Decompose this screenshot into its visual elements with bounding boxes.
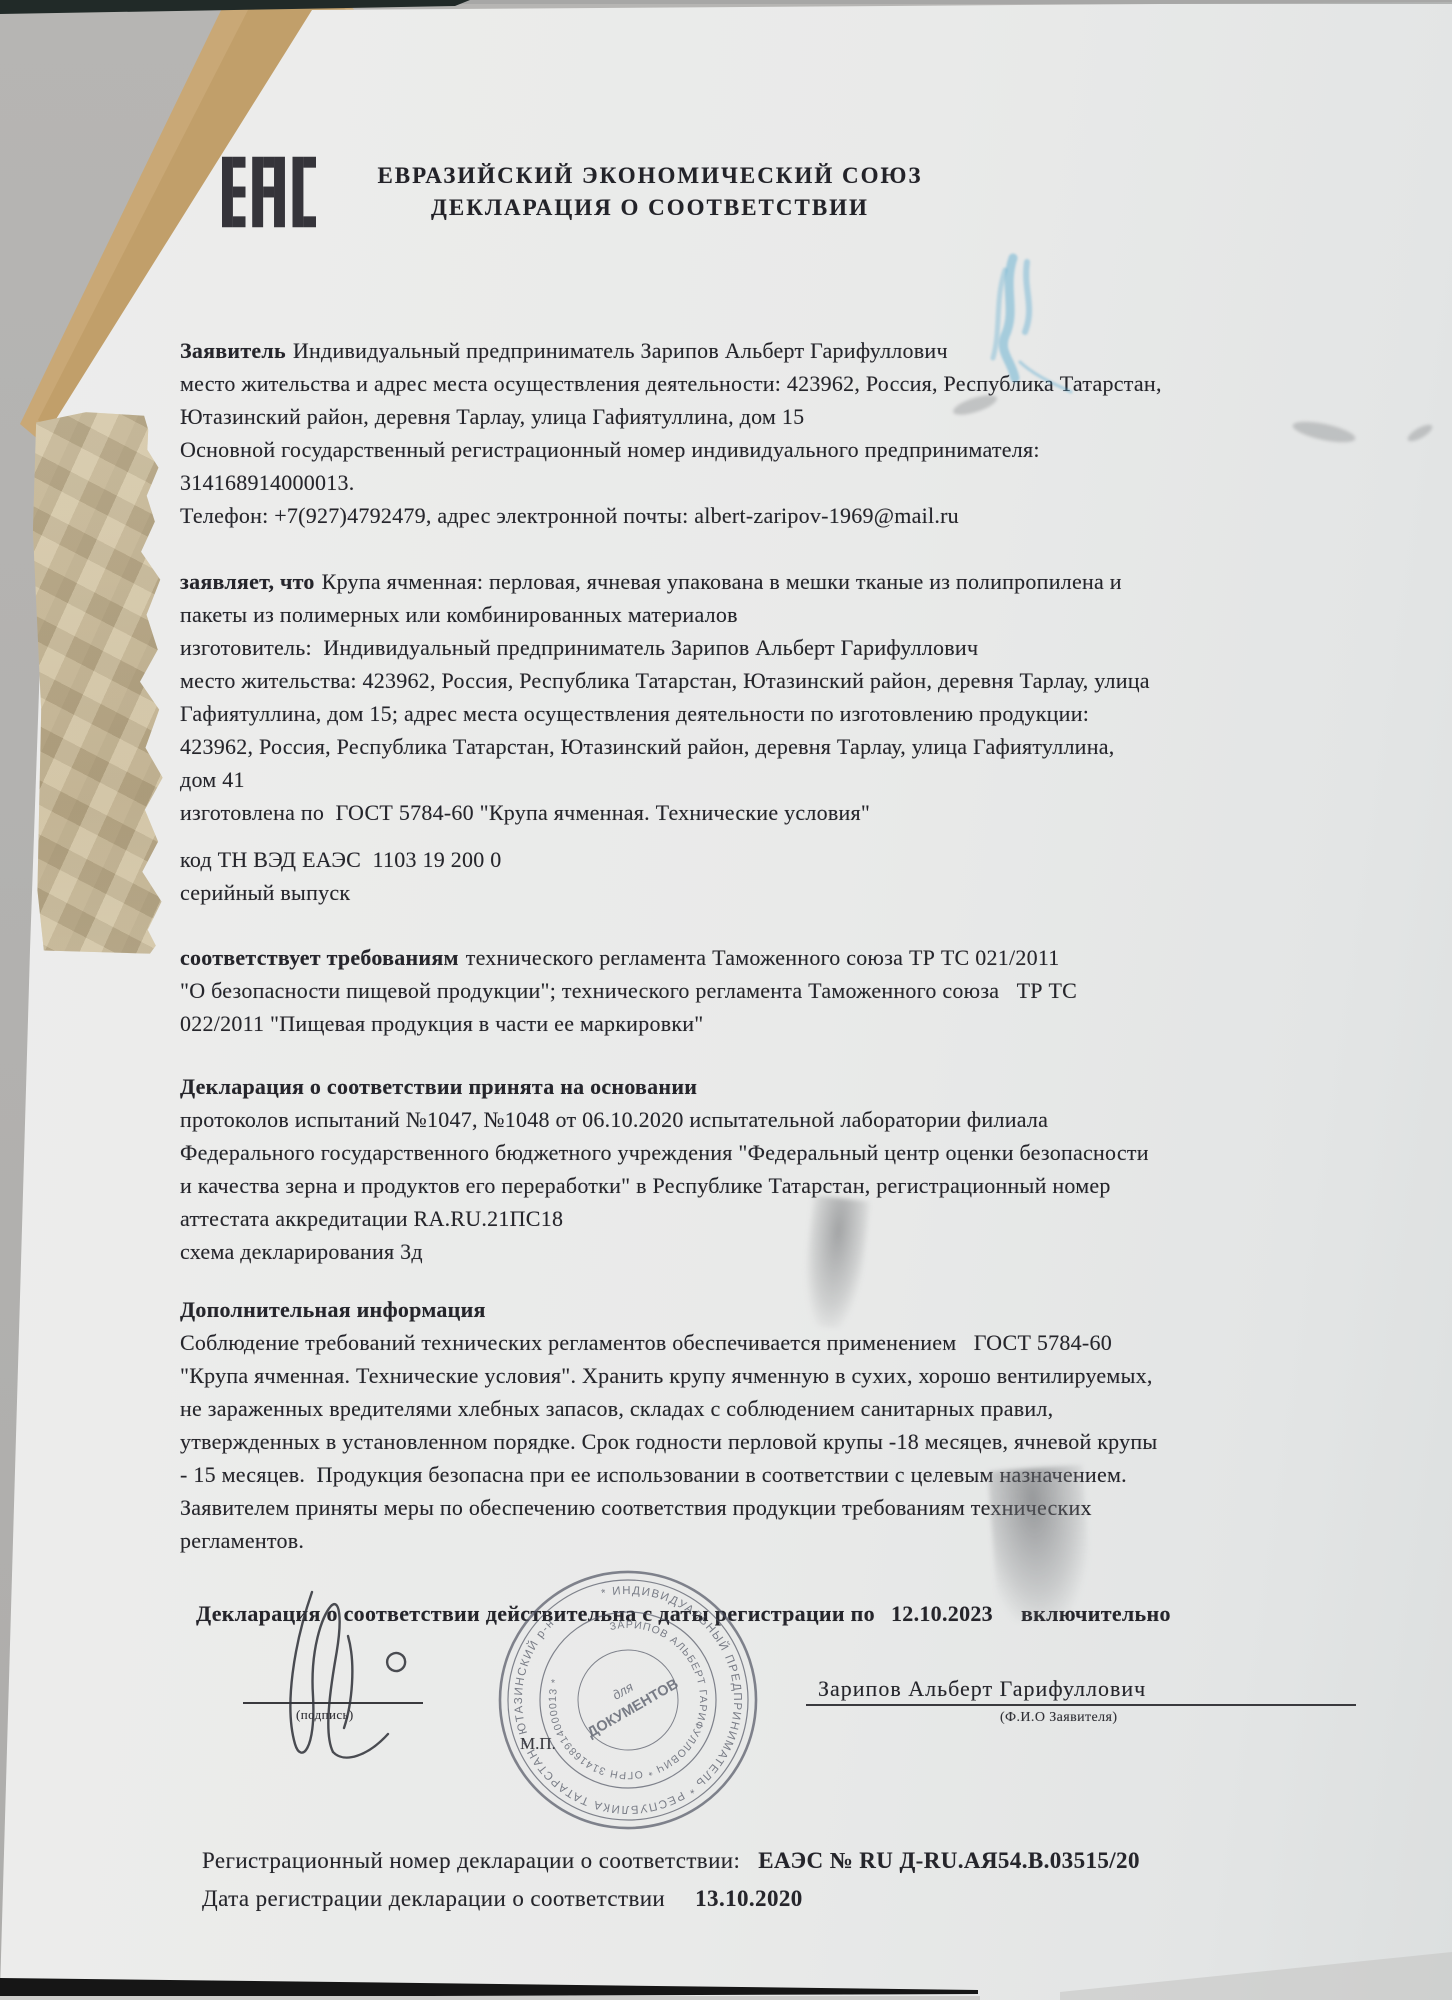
text-line: Федерального государственного бюджетного…	[180, 1136, 1149, 1169]
paragraph-compliance: соответствует требованиямтехнического ре…	[180, 941, 1077, 1040]
applicant-name-line: Индивидуальный предприниматель Зарипов А…	[293, 338, 948, 363]
tnved-code: код ТН ВЭД ЕАЭС 1103 19 200 0	[180, 843, 501, 876]
svg-text:ЗАРИПОВ АЛЬБЕРТ ГАРИФУЛЛОВИЧ *: ЗАРИПОВ АЛЬБЕРТ ГАРИФУЛЛОВИЧ * ОГРН 3141…	[530, 1602, 726, 1799]
compliance-line: технического регламента Таможенного союз…	[466, 945, 1060, 970]
product-line: Крупа ячменная: перловая, ячневая упаков…	[322, 569, 1122, 594]
text-line: Телефон: +7(927)4792479, адрес электронн…	[180, 499, 1162, 532]
text-line: схема декларирования 3д	[180, 1235, 1149, 1268]
additional-label: Дополнительная информация	[180, 1293, 1157, 1326]
text-line: дом 41	[180, 763, 1150, 796]
paragraph-code: код ТН ВЭД ЕАЭС 1103 19 200 0 серийный в…	[180, 843, 501, 909]
eac-logo	[222, 150, 316, 234]
basis-label: Декларация о соответствии принята на осн…	[180, 1070, 1149, 1103]
additional-heading: Дополнительная информация	[180, 1297, 486, 1322]
handwritten-signature	[240, 1578, 440, 1778]
compliance-label: соответствует требованиям	[180, 945, 459, 970]
registration-date-label: Дата регистрации декларации о соответств…	[202, 1886, 665, 1911]
registration-number-value: ЕАЭС № RU Д-RU.АЯ54.В.03515/20	[758, 1848, 1140, 1873]
text-line: 022/2011 "Пищевая продукция в части ее м…	[180, 1007, 1077, 1040]
paragraph-product: заявляет, чтоКрупа ячменная: перловая, я…	[180, 565, 1150, 829]
name-caption: (Ф.И.О Заявителя)	[1000, 1710, 1117, 1726]
declares-label: заявляет, что	[180, 569, 315, 594]
text-line: соответствует требованиямтехнического ре…	[180, 941, 1077, 974]
text-line: не зараженных вредителями хлебных запасо…	[180, 1392, 1157, 1425]
registration-date-value: 13.10.2020	[695, 1886, 803, 1911]
applicant-label: Заявитель	[180, 338, 286, 363]
text-line: "Крупа ячменная. Технические условия". Х…	[180, 1359, 1157, 1392]
applicant-full-name: Зарипов Альберт Гарифуллович	[818, 1676, 1146, 1702]
svg-text:* ИНДИВИДУАЛЬНЫЙ ПРЕДПРИНИМАТЕ: * ИНДИВИДУАЛЬНЫЙ ПРЕДПРИНИМАТЕЛЬ * РЕСПУ…	[489, 1561, 768, 1840]
scanned-document: ЕВРАЗИЙСКИЙ ЭКОНОМИЧЕСКИЙ СОЮЗ ДЕКЛАРАЦИ…	[0, 0, 1452, 2000]
text-line: изготовлена по ГОСТ 5784-60 "Крупа ячмен…	[180, 796, 1150, 829]
title-declaration: ДЕКЛАРАЦИЯ О СООТВЕТСТВИИ	[320, 192, 980, 224]
text-line: 423962, Россия, Республика Татарстан, Ют…	[180, 730, 1150, 763]
paragraph-basis: Декларация о соответствии принята на осн…	[180, 1070, 1149, 1268]
text-line: заявляет, чтоКрупа ячменная: перловая, я…	[180, 565, 1150, 598]
stamp-inner-text: ЗАРИПОВ АЛЬБЕРТ ГАРИФУЛЛОВИЧ * ОГРН 3141…	[530, 1602, 726, 1799]
text-line: изготовитель: Индивидуальный предпринима…	[180, 631, 1150, 664]
text-line: аттестата аккредитации RA.RU.21ПС18	[180, 1202, 1149, 1235]
validity-date: 12.10.2023	[891, 1601, 993, 1626]
text-line: протоколов испытаний №1047, №1048 от 06.…	[180, 1103, 1149, 1136]
basis-heading: Декларация о соответствии принята на осн…	[180, 1074, 697, 1099]
text-line: пакеты из полимерных или комбинированных…	[180, 598, 1150, 631]
stamp-outer-text: * ИНДИВИДУАЛЬНЫЙ ПРЕДПРИНИМАТЕЛЬ * РЕСПУ…	[489, 1561, 768, 1840]
text-line: "О безопасности пищевой продукции"; техн…	[180, 974, 1077, 1007]
text-line: 314168914000013.	[180, 466, 1162, 499]
registration-number-line: Регистрационный номер декларации о соотв…	[202, 1848, 1140, 1874]
text-line: Гафиятуллина, дом 15; адрес места осущес…	[180, 697, 1150, 730]
text-line: Соблюдение требований технических реглам…	[180, 1326, 1157, 1359]
document-title: ЕВРАЗИЙСКИЙ ЭКОНОМИЧЕСКИЙ СОЮЗ ДЕКЛАРАЦИ…	[320, 160, 980, 224]
text-line: Основной государственный регистрационный…	[180, 433, 1162, 466]
text-line: место жительства: 423962, Россия, Респуб…	[180, 664, 1150, 697]
registration-date-line: Дата регистрации декларации о соответств…	[202, 1886, 803, 1912]
gray-smudge	[988, 1465, 1093, 1623]
registration-number-label: Регистрационный номер декларации о соотв…	[202, 1848, 740, 1873]
title-union: ЕВРАЗИЙСКИЙ ЭКОНОМИЧЕСКИЙ СОЮЗ	[320, 160, 980, 192]
blue-ink-smudge	[965, 240, 1095, 410]
text-line: утвержденных в установленном порядке. Ср…	[180, 1425, 1157, 1458]
name-underline	[806, 1704, 1356, 1706]
text-line: и качества зерна и продуктов его перераб…	[180, 1169, 1149, 1202]
serial-production: серийный выпуск	[180, 876, 501, 909]
